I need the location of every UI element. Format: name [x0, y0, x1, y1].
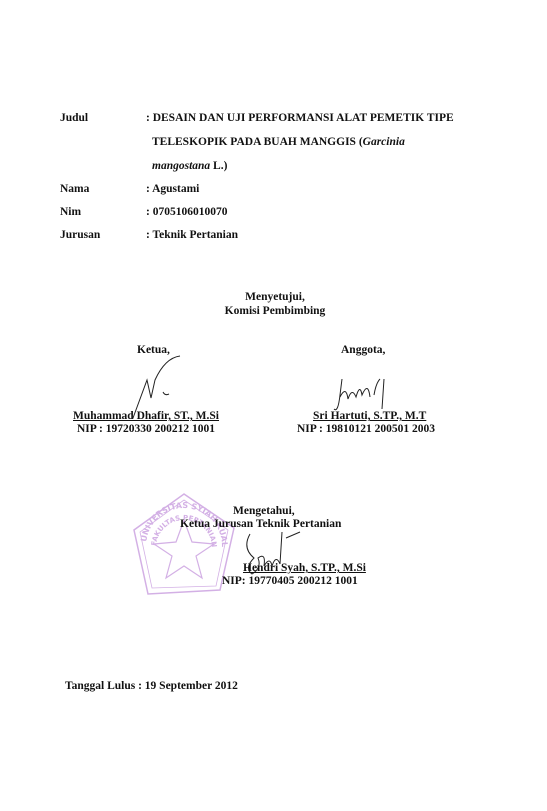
approval-heading-1: Menyetujui, — [150, 291, 400, 303]
judul-line-3-text: L.) — [210, 160, 227, 172]
judul-label: Judul — [60, 112, 88, 124]
anggota-role: Anggota, — [341, 344, 385, 356]
judul-line-3: mangostana L.) — [152, 160, 227, 172]
jurusan-label: Jurusan — [60, 229, 100, 241]
nama-value: : Agustami — [146, 183, 199, 195]
jurusan-value: : Teknik Pertanian — [146, 229, 238, 241]
anggota-name: Sri Hartuti, S.TP., M.T — [313, 410, 426, 422]
judul-species-epithet: mangostana — [152, 160, 210, 172]
ketua-nip: NIP : 19720330 200212 1001 — [77, 423, 215, 435]
judul-line-2-text: TELESKOPIK PADA BUAH MANGGIS ( — [152, 136, 363, 148]
anggota-nip: NIP : 19810121 200501 2003 — [297, 423, 435, 435]
acknowledgement-line-1: Mengetahui, — [233, 505, 295, 517]
anggota-signature-icon — [330, 375, 390, 415]
nim-label: Nim — [60, 206, 81, 218]
graduation-date: Tanggal Lulus : 19 September 2012 — [65, 680, 238, 692]
judul-line-1: : DESAIN DAN UJI PERFORMANSI ALAT PEMETI… — [146, 112, 454, 124]
approval-heading-2: Komisi Pembimbing — [150, 305, 400, 317]
kajur-name: Hendri Syah, S.TP., M.Si — [243, 562, 366, 574]
nim-value: : 0705106010070 — [146, 206, 227, 218]
judul-species-genus: Garcinia — [363, 136, 405, 148]
judul-line-2: TELESKOPIK PADA BUAH MANGGIS (Garcinia — [152, 136, 405, 148]
kajur-nip: NIP: 19770405 200212 1001 — [222, 575, 358, 587]
ketua-name: Muhammad Dhafir, ST., M.Si — [73, 410, 219, 422]
nama-label: Nama — [60, 183, 89, 195]
